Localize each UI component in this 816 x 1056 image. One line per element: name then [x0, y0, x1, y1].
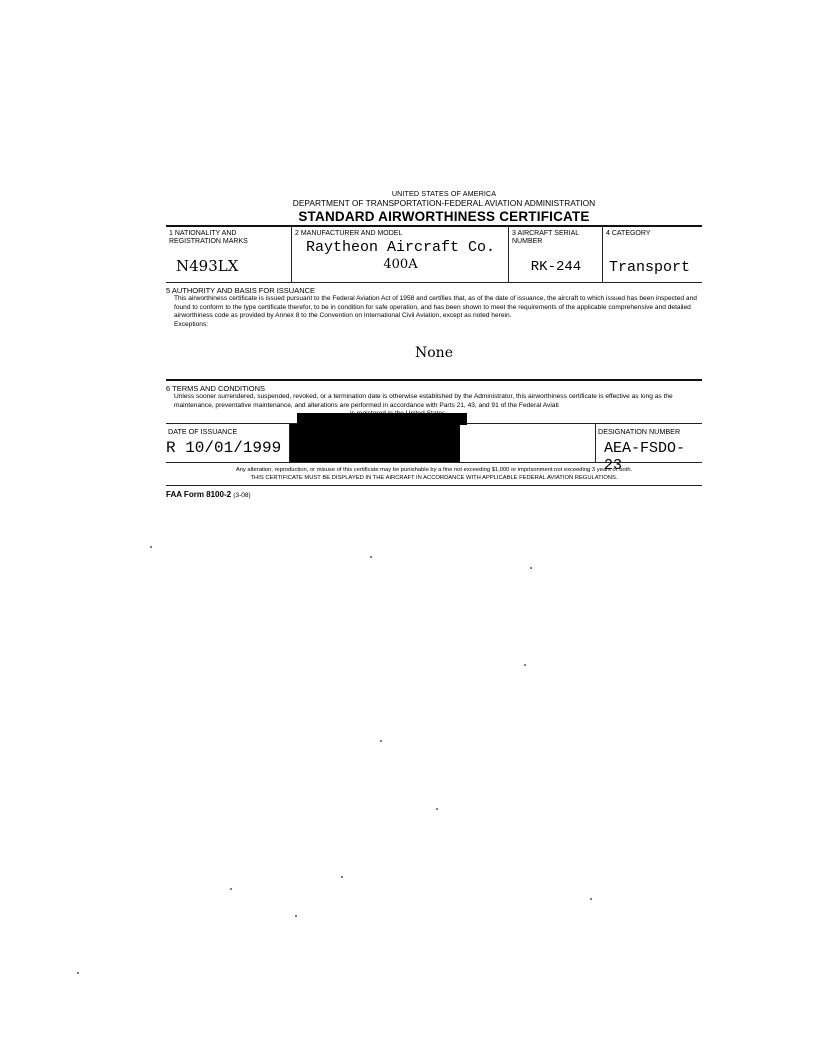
date-label: DATE OF ISSUANCE	[166, 424, 289, 436]
manufacturer-label: 2 MANUFACTURER AND MODEL	[292, 227, 509, 238]
category-value: Transport	[609, 259, 690, 276]
designation-field: DESIGNATION NUMBER AEA-FSDO-23	[595, 424, 702, 462]
aircraft-identification-row: 1 NATIONALITY AND REGISTRATION MARKS N49…	[166, 227, 702, 283]
warning-line-2: THIS CERTIFICATE MUST BE DISPLAYED IN TH…	[166, 474, 702, 482]
model-value: 400A	[292, 256, 509, 273]
form-number: FAA Form 8100-2 (3-08)	[166, 486, 702, 499]
country-heading: UNITED STATES OF AMERICA	[186, 189, 702, 198]
date-value: R 10/01/1999	[166, 439, 281, 457]
issuance-row: DATE OF ISSUANCE R 10/01/1999 DESIGNATIO…	[166, 424, 702, 463]
serial-label: 3 AIRCRAFT SERIAL NUMBER	[509, 227, 592, 246]
redaction-block	[290, 424, 460, 462]
category-field: 4 CATEGORY Transport	[602, 227, 702, 282]
category-label: 4 CATEGORY	[603, 227, 702, 238]
authority-section: 5 AUTHORITY AND BASIS FOR ISSUANCE This …	[166, 283, 702, 381]
signature-field	[289, 424, 596, 462]
registration-value: N493LX	[176, 257, 238, 275]
department-heading: DEPARTMENT OF TRANSPORTATION-FEDERAL AVI…	[186, 198, 702, 209]
authority-body: This airworthiness certificate is issued…	[166, 295, 702, 321]
serial-value: RK-244	[509, 259, 603, 275]
certificate-title: STANDARD AIRWORTHINESS CERTIFICATE	[186, 209, 702, 225]
manufacturer-field: 2 MANUFACTURER AND MODEL Raytheon Aircra…	[291, 227, 509, 282]
serial-field: 3 AIRCRAFT SERIAL NUMBER RK-244	[508, 227, 603, 282]
authority-title: 5 AUTHORITY AND BASIS FOR ISSUANCE	[166, 283, 702, 295]
designation-value: AEA-FSDO-23	[604, 440, 702, 474]
manufacturer-name: Raytheon Aircraft Co.	[292, 239, 509, 256]
form-revision: (3-08)	[233, 492, 250, 499]
nationality-field: 1 NATIONALITY AND REGISTRATION MARKS N49…	[166, 227, 291, 282]
form-name: FAA Form 8100-2	[166, 490, 231, 499]
terms-title: 6 TERMS AND CONDITIONS	[166, 381, 702, 393]
exceptions-value: None	[166, 345, 702, 361]
nationality-label: 1 NATIONALITY AND REGISTRATION MARKS	[166, 227, 281, 246]
terms-text: Unless sooner surrendered, suspended, re…	[174, 393, 673, 409]
exceptions-label: Exceptions:	[166, 321, 702, 330]
designation-label: DESIGNATION NUMBER	[596, 424, 702, 436]
manufacturer-value: Raytheon Aircraft Co. 400A	[292, 239, 509, 273]
date-of-issuance-field: DATE OF ISSUANCE R 10/01/1999	[166, 424, 289, 462]
terms-section: 6 TERMS AND CONDITIONS Unless sooner sur…	[166, 381, 702, 424]
airworthiness-certificate: UNITED STATES OF AMERICA DEPARTMENT OF T…	[166, 189, 702, 499]
